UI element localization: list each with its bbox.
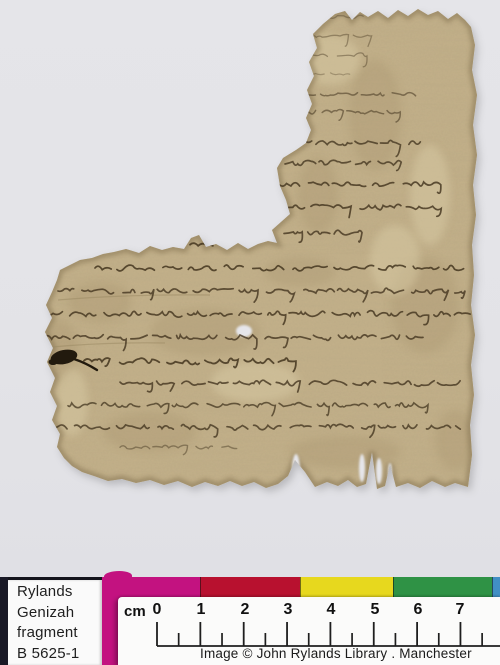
ruler-number-0: 0 (153, 601, 162, 619)
ruler-number-4: 4 (327, 601, 336, 619)
label-line-type: fragment (17, 623, 102, 644)
ruler-number-1: 1 (197, 601, 206, 619)
label-line-collection: Rylands (17, 582, 102, 603)
label-line-shelfmark: B 5625-1 (17, 644, 102, 665)
ruler-number-6: 6 (414, 601, 423, 619)
ruler-number-2: 2 (241, 601, 250, 619)
ruler-card: cm 0 1 2 3 4 5 6 7 Image © John Rylands … (118, 597, 500, 665)
photo-canvas: Rylands Genizah fragment B 5625-1 cm 0 1… (0, 0, 500, 665)
copyright-text: Image © John Rylands Library . Mancheste… (200, 646, 472, 661)
ruler-number-5: 5 (371, 601, 380, 619)
ruler-number-7: 7 (456, 601, 465, 619)
color-patch-dark-blue (0, 577, 8, 665)
fragment-surface (0, 0, 500, 575)
archive-label-card: Rylands Genizah fragment B 5625-1 (8, 577, 102, 665)
manuscript-fragment-photo (0, 0, 500, 575)
ruler-number-3: 3 (284, 601, 293, 619)
label-line-series: Genizah (17, 603, 102, 624)
ruler-unit-label: cm (124, 603, 146, 620)
